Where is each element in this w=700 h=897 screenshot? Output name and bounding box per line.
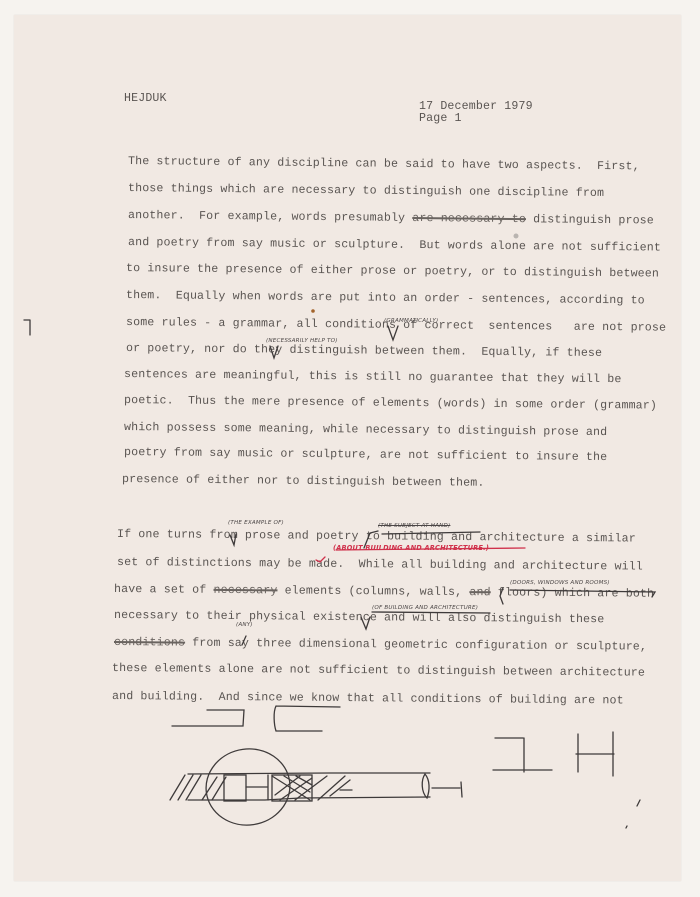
smudge [514, 234, 519, 239]
pen-sketch [0, 0, 700, 897]
stain-dot [311, 309, 315, 313]
